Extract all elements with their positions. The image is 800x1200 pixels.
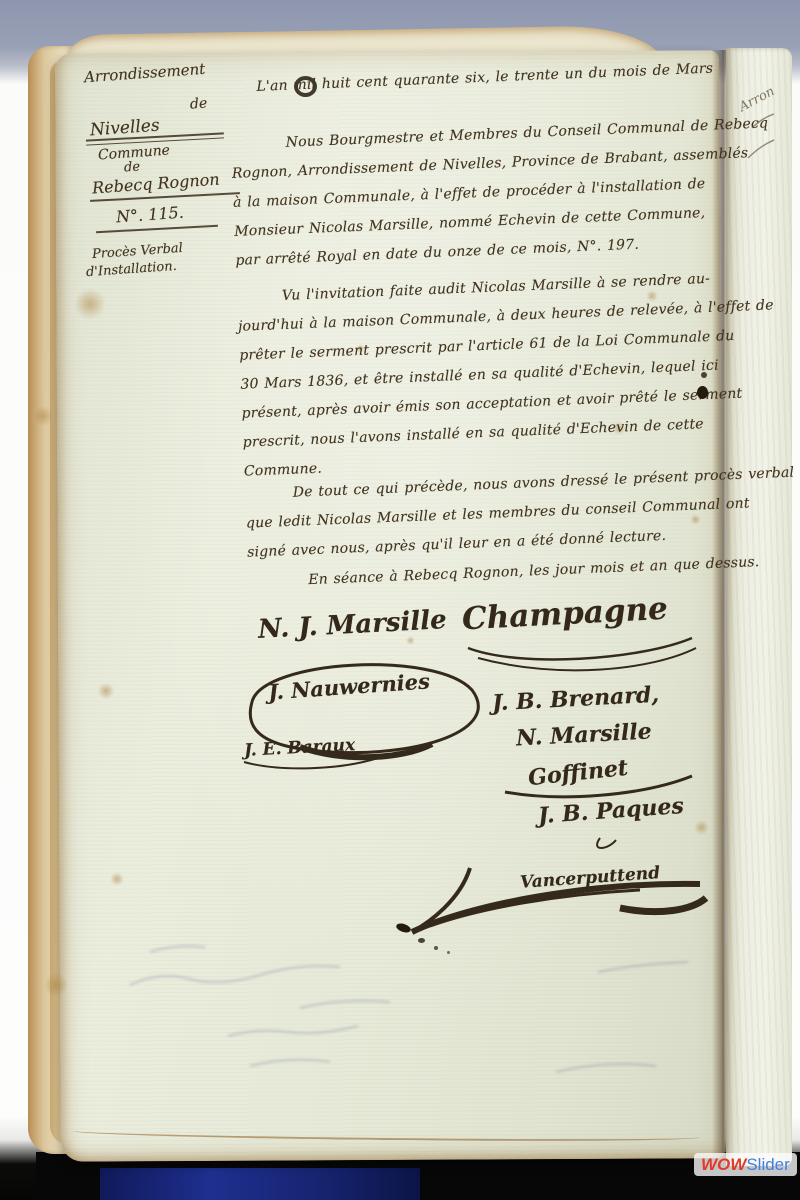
wowslider-watermark[interactable]: WOWSlider [694,1153,797,1176]
para2-line: Commune. [244,461,323,480]
foxing-stain [406,636,415,645]
foxing-stain [34,405,52,427]
ink-speck [434,946,438,950]
watermark-wow-text: WOW [701,1155,746,1174]
foxing-stain [646,290,658,302]
foxing-stain [110,872,124,886]
facing-page-edge [726,48,792,1166]
foxing-stain [75,287,105,321]
foxing-stain [690,514,701,525]
ink-blot [697,386,708,399]
ink-speck [447,951,450,954]
margin-de-1: de [189,95,207,112]
ink-speck [701,372,707,378]
ink-speck [418,938,425,943]
foxing-stain [45,972,67,998]
watermark-slider-text: Slider [746,1155,789,1174]
margin-de-2: de [123,159,140,175]
foxing-stain [694,820,709,835]
foxing-stain [98,682,114,700]
blue-fabric [100,1168,420,1200]
photo-of-register-page: Arrondissement de Nivelles Commune de Re… [0,0,800,1200]
